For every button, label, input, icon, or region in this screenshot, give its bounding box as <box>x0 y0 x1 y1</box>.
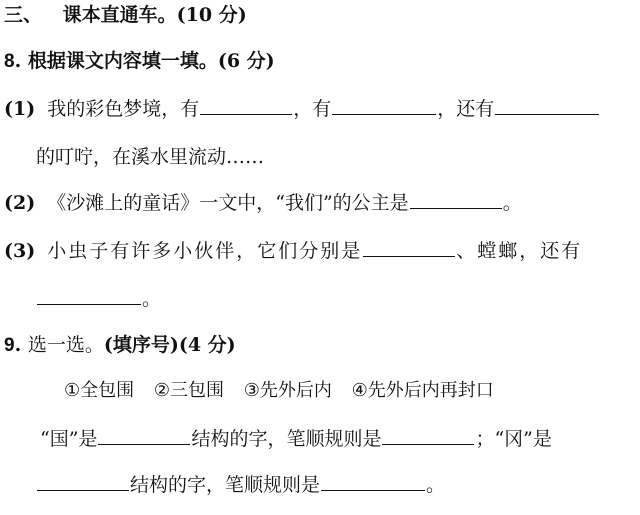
q8-item-2-text-a: 《沙滩上的童话》一文中，“我们”的公主是 <box>47 192 408 214</box>
q9-line2-a: 结构的字，笔顺规则是 <box>130 474 320 496</box>
q8-item-1-text-d: 的叮咛，在溪水里流动…… <box>36 146 264 168</box>
q8-item-1: (1) 我的彩色梦境，有，有，还有 <box>4 96 600 122</box>
q9-paren: (填序号) <box>104 334 179 356</box>
q9-line2-b: 。 <box>426 474 445 496</box>
q9-dot: . <box>15 334 22 356</box>
q8-header: 8. 根据课文内容填一填。(6 分) <box>4 48 275 75</box>
q8-item-3-cont: 。 <box>36 286 161 312</box>
answer-blank[interactable] <box>410 190 502 209</box>
answer-blank[interactable] <box>37 286 141 305</box>
answer-blank[interactable] <box>382 426 474 445</box>
section-title: 课本直通车。 <box>63 4 177 26</box>
q8-item-3-label: (3) <box>4 240 35 262</box>
q9-line1-b: 结构的字，笔顺规则是 <box>191 428 381 450</box>
q8-number: 8 <box>4 51 15 72</box>
q8-item-2-label: (2) <box>4 192 35 214</box>
q8-title: 根据课文内容填一填。 <box>28 50 218 72</box>
q9-line1-c: ；“冈”是 <box>475 428 551 450</box>
q8-item-1-text-c: ，还有 <box>437 98 494 120</box>
option-4: ④先外后内再封口 <box>352 380 494 401</box>
q9-header: 9. 选一选。(填序号)(4 分) <box>4 332 236 359</box>
q8-item-2-text-b: 。 <box>503 192 522 214</box>
q8-item-1-cont: 的叮咛，在溪水里流动…… <box>36 144 264 170</box>
q8-item-1-text-a: 我的彩色梦境，有 <box>47 98 199 120</box>
answer-blank[interactable] <box>321 472 425 491</box>
q9-score: (4 分) <box>179 334 236 356</box>
answer-blank[interactable] <box>37 472 129 491</box>
q8-score: (6 分) <box>218 50 275 72</box>
option-1: ①全包围 <box>64 380 134 401</box>
q8-item-1-text-b: ，有 <box>293 98 331 120</box>
q8-item-3: (3) 小虫子有许多小伙伴，它们分别是、螳螂，还有 <box>4 238 582 264</box>
answer-blank[interactable] <box>200 96 292 115</box>
answer-blank[interactable] <box>363 238 455 257</box>
q9-line-1: “国”是结构的字，笔顺规则是；“冈”是 <box>40 426 552 452</box>
q9-line-2: 结构的字，笔顺规则是。 <box>36 472 445 498</box>
answer-blank[interactable] <box>98 426 190 445</box>
q8-item-3-text-c: 。 <box>142 288 161 310</box>
option-3: ③先外后内 <box>244 380 332 401</box>
q8-dot: . <box>15 50 22 72</box>
q8-item-3-text-a: 小虫子有许多小伙伴，它们分别是 <box>47 240 362 262</box>
option-2: ②三包围 <box>154 380 224 401</box>
q9-line1-a: “国”是 <box>40 428 97 450</box>
answer-blank[interactable] <box>332 96 436 115</box>
section-header: 三、 课本直通车。(10 分) <box>4 2 247 28</box>
section-score: (10 分) <box>177 4 247 26</box>
q9-number: 9 <box>4 335 15 356</box>
q9-title: 选一选。 <box>28 334 104 356</box>
q8-item-3-text-b: 、螳螂，还有 <box>456 240 582 262</box>
q9-options: ①全包围 ②三包围 ③先外后内 ④先外后内再封口 <box>64 378 494 404</box>
q8-item-1-label: (1) <box>4 98 35 120</box>
answer-blank[interactable] <box>495 96 599 115</box>
q8-item-2: (2) 《沙滩上的童话》一文中，“我们”的公主是。 <box>4 190 522 216</box>
section-prefix: 三、 <box>4 4 42 26</box>
